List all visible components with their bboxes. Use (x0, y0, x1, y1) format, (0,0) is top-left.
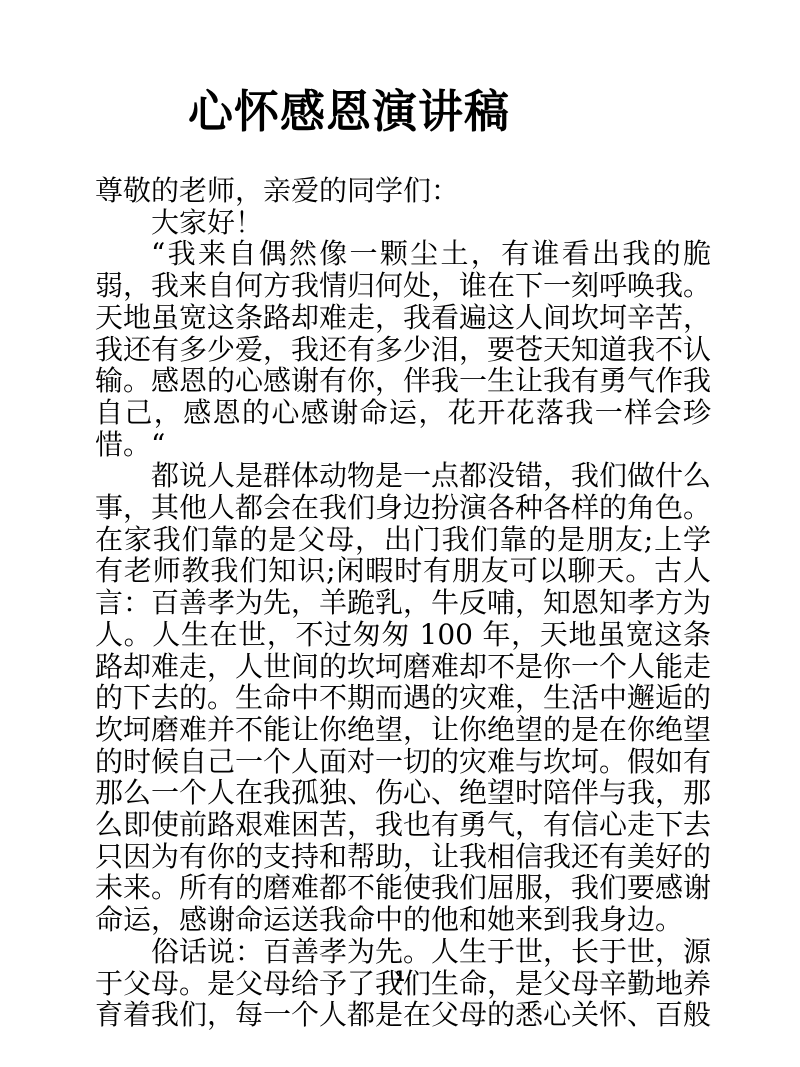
page-number: 1 (0, 969, 800, 985)
paragraph: 大家好！ (95, 207, 711, 239)
paragraph: “我来自偶然像一颗尘土，有谁看出我的脆弱，我来自何方我情归何处，谁在下一刻呼唤我… (95, 238, 711, 460)
paragraph: 尊敬的老师，亲爱的同学们： (95, 175, 711, 207)
document-page: 心怀感恩演讲稿 尊敬的老师，亲爱的同学们：大家好！“我来自偶然像一颗尘土，有谁看… (0, 0, 800, 1067)
document-body: 尊敬的老师，亲爱的同学们：大家好！“我来自偶然像一颗尘土，有谁看出我的脆弱，我来… (95, 175, 711, 1031)
paragraph: 都说人是群体动物是一点都没错，我们做什么事，其他人都会在我们身边扮演各种各样的角… (95, 460, 711, 936)
document-title: 心怀感恩演讲稿 (188, 84, 510, 140)
